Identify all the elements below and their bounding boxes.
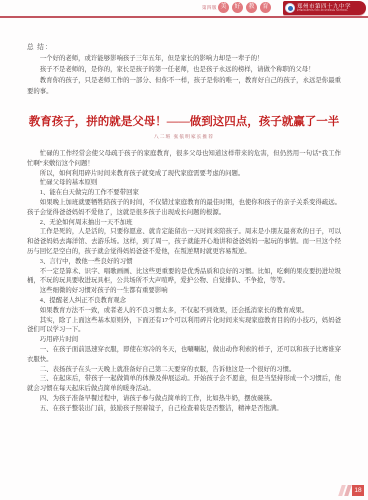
masthead-badge: 好: [232, 2, 243, 13]
masthead-badge: 教: [246, 2, 257, 13]
summary-paragraph: 教育你的孩子，只是老师工作的一部分、但你不一样，孩子是你的唯一，教育好自己的孩子…: [27, 75, 341, 97]
article-paragraph: 忙碌父母的基本原则: [27, 178, 341, 188]
article-paragraph: 巧用碎片时间: [27, 335, 341, 345]
article-byline: 八二班 张依明家长推荐: [27, 133, 341, 140]
masthead-badges: 美好教育: [218, 2, 271, 13]
article-paragraph: 四、为孩子准备早餐过程中，请孩子参与做点简单的工作，比如热牛奶，摆放碗筷。: [27, 394, 341, 404]
chevron-icon: [344, 485, 352, 496]
article-paragraph: 不一定是算术、识字、唱歌画画、比这些更重要的是优秀品质和良好的习惯。比如，吃剩的…: [27, 267, 341, 287]
article-paragraph: 工作是死的，人是活的，只要你愿意、就肯定能留出一天时间来陪孩子。周末是小朋友最喜…: [27, 227, 341, 256]
page-content: 总 结： 一个好的老师，或许能够影响孩子三年五年，但是家长的影响力却是一辈子的！…: [27, 42, 341, 414]
newspaper-page: 第四版 美好教育 郑州市第四十九中学 ZHENGZHOU NO.49 MIDDL…: [0, 0, 368, 500]
article-paragraph: 1、能在白天做完的工作不要带回家: [27, 188, 341, 198]
article-paragraph: 其实，除了上面这些基本原则外，下面还有17个可以利用碎片化时间来实现家庭教育目的…: [27, 316, 341, 336]
article-paragraph: 三、在起床后，带孩子一起做简单的体操及伸展运动。开始孩子会不愿意，但是当坚持形成…: [27, 374, 341, 394]
page-number-badge: 18: [352, 485, 364, 496]
summary-paragraph: 一个好的老师，或许能够影响孩子三年五年，但是家长的影响力却是一辈子的！: [27, 53, 341, 64]
school-ribbon: 郑州市第四十九中学 ZHENGZHOU NO.49 MIDDLE SCHOOL: [283, 1, 366, 15]
article-paragraph: 4、提醒老人纠正不良教育观念: [27, 296, 341, 306]
article-paragraph: 如果晚上加班就要牺牲陪孩子的时间，不仅错过家庭教育的最佳时期，也使你和孩子的亲子…: [27, 198, 341, 218]
masthead-badge: 育: [260, 2, 271, 13]
masthead-badge: 美: [218, 2, 229, 13]
school-name-block: 郑州市第四十九中学 ZHENGZHOU NO.49 MIDDLE SCHOOL: [297, 4, 351, 13]
article-paragraph: 五、在孩子整装出门前，鼓励孩子照着镜子，自己检查着装是否整洁，精神是否饱满。: [27, 404, 341, 414]
article-paragraph: 这些细微的好习惯对孩子的一生都有重要影响: [27, 286, 341, 296]
summary-paragraph: 孩子不是老师的，是你的，家长是孩子的第一任老师，也是孩子永远的榜样，请做个称职的…: [27, 64, 341, 75]
article-paragraph: 一、在孩子面前迅速穿衣服，即使在寒冷的冬天，也唰唰起，做出动作利索的样子，还可以…: [27, 345, 341, 365]
article-paragraph: 2、无论如何周末抽出一天不加班: [27, 218, 341, 228]
article-title: 教育孩子，拼的就是父母！——做到这四点，孩子就赢了一半: [27, 113, 341, 129]
edition-label: 第四版: [202, 5, 217, 11]
summary-paragraphs: 一个好的老师，或许能够影响孩子三年五年，但是家长的影响力却是一辈子的！孩子不是老…: [27, 53, 341, 97]
masthead-rule: [0, 16, 368, 18]
school-name-english: ZHENGZHOU NO.49 MIDDLE SCHOOL: [297, 10, 351, 13]
article-paragraph: 忙碌的工作经常会使父母疏于孩子的家庭教育，很多父母也知道这样带来的危害，但仍然用…: [27, 149, 341, 169]
article-paragraph: 如果教育方法不一致，或者老人的不良习惯太多，不仅起不到效果，还会抵消家长的教育成…: [27, 306, 341, 316]
article-body: 忙碌的工作经常会使父母疏于孩子的家庭教育，很多父母也知道这样带来的危害，但仍然用…: [27, 149, 341, 414]
summary-section: 总 结： 一个好的老师，或许能够影响孩子三年五年，但是家长的影响力却是一辈子的！…: [27, 42, 341, 97]
article-paragraph: 所以，如何利用碎片时间来教育孩子就变成了现代家庭需要考虑的问题。: [27, 169, 341, 179]
article-paragraph: 3、言行中，教他一些良好的习惯: [27, 257, 341, 267]
article-paragraph: 二、表扬孩子在头一天晚上就准备好自己第二天要穿的衣服，告诉他这是一个很好的习惯。: [27, 365, 341, 375]
page-footer: 18: [340, 485, 364, 496]
summary-label: 总 结：: [27, 42, 341, 53]
school-logo-icon: [285, 3, 295, 13]
